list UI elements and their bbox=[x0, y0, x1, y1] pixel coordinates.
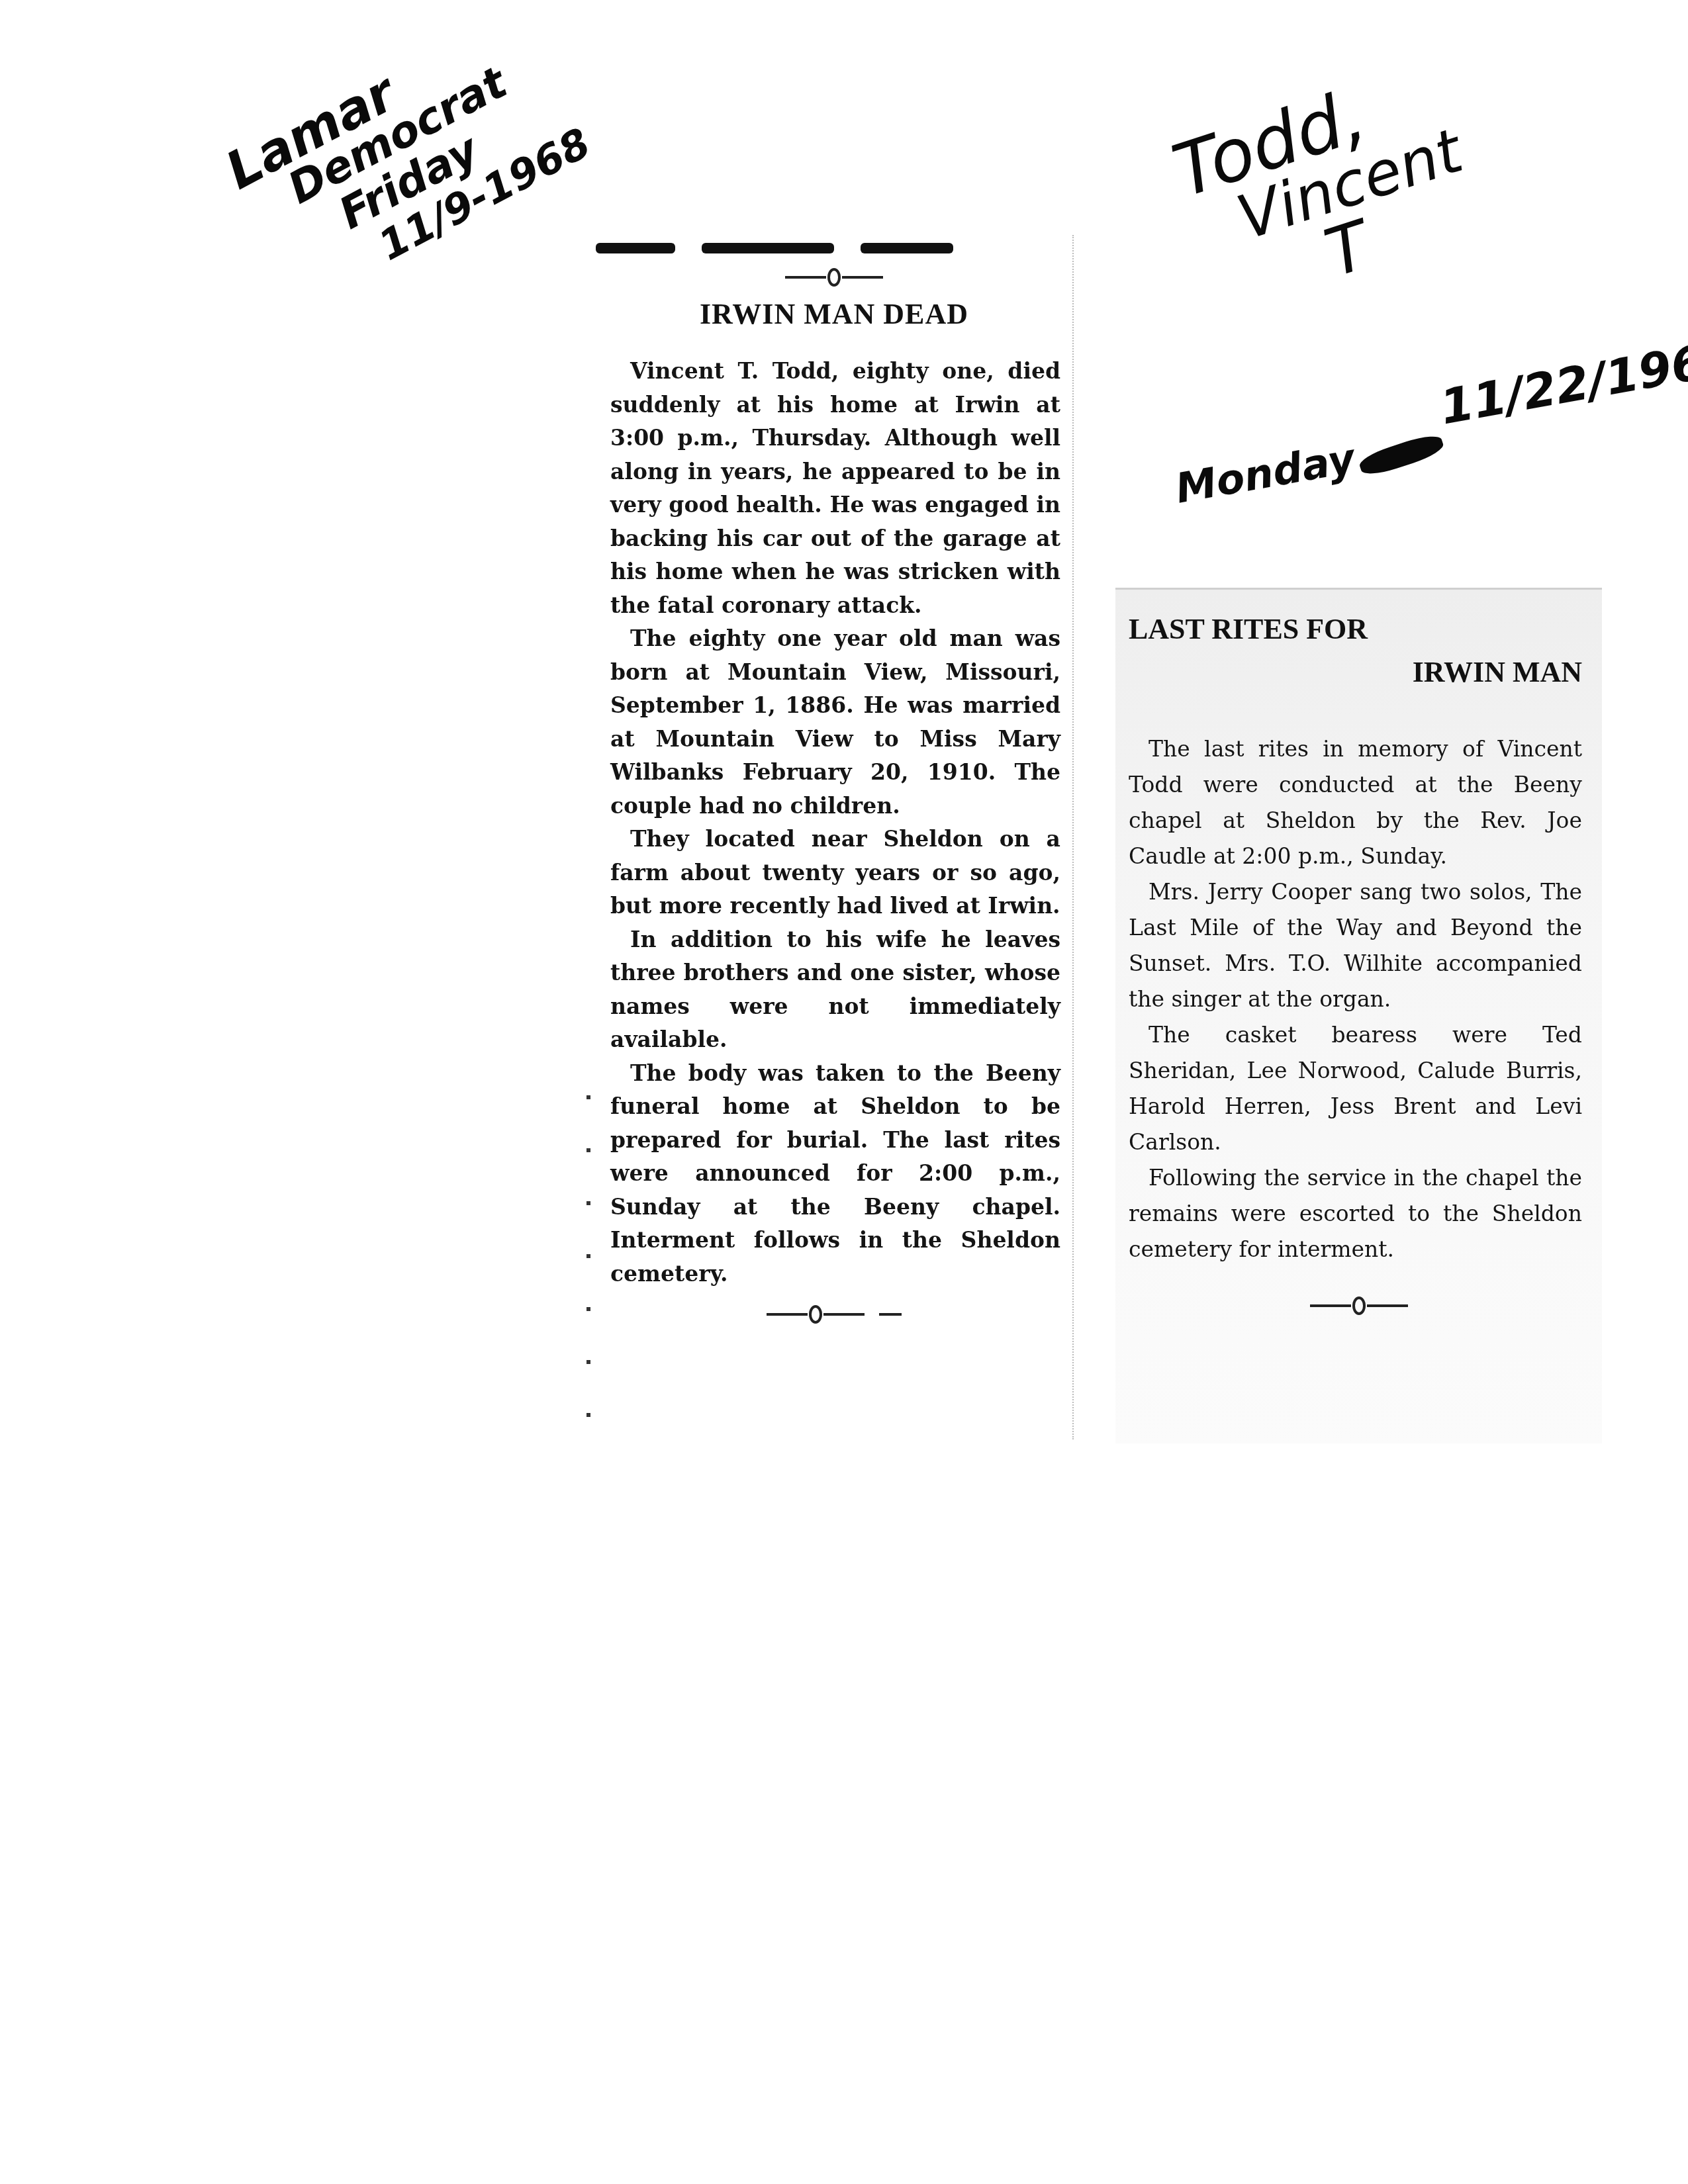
last-rites-headline-line1: LAST RITES FOR bbox=[1129, 612, 1602, 646]
last-rites-paragraph: Mrs. Jerry Cooper sang two solos, The La… bbox=[1129, 874, 1582, 1017]
last-rites-headline-line2: IRWIN MAN bbox=[1115, 655, 1582, 689]
last-rites-paragraph: The casket bearess were Ted Sheridan, Le… bbox=[1129, 1017, 1582, 1160]
handwritten-second-date-note: Monday11/22/1968 bbox=[1172, 363, 1688, 510]
clipping-obituary: IRWIN MAN DEAD Vincent T. Todd, eighty o… bbox=[596, 235, 1074, 1439]
masthead-fragment bbox=[702, 243, 834, 253]
handwritten-second-weekday: Monday bbox=[1172, 434, 1359, 513]
obituary-paragraph: They located near Sheldon on a farm abou… bbox=[610, 823, 1060, 923]
obituary-headline: IRWIN MAN DEAD bbox=[596, 297, 1072, 331]
obituary-paragraph: The eighty one year old man was born at … bbox=[610, 622, 1060, 823]
ornament-divider-end bbox=[1115, 1297, 1602, 1315]
obituary-paragraph: The body was taken to the Beeny funeral … bbox=[610, 1057, 1060, 1291]
masthead-fragment bbox=[596, 243, 675, 253]
clipping-last-rites: LAST RITES FOR IRWIN MAN The last rites … bbox=[1115, 588, 1602, 1443]
obituary-body: Vincent T. Todd, eighty one, died sudden… bbox=[596, 355, 1072, 1291]
obituary-paragraph: In addition to his wife he leaves three … bbox=[610, 923, 1060, 1057]
cut-masthead-remnant bbox=[596, 243, 1072, 257]
ornament-divider bbox=[596, 268, 1072, 287]
ornament-divider-end bbox=[596, 1305, 1072, 1324]
obituary-paragraph: Vincent T. Todd, eighty one, died sudden… bbox=[610, 355, 1060, 622]
last-rites-paragraph: Following the service in the chapel the … bbox=[1129, 1160, 1582, 1267]
handwritten-source-note: Lamar Democrat Friday 11/9-1968 bbox=[218, 0, 596, 314]
last-rites-body: The last rites in memory of Vincent Todd… bbox=[1115, 731, 1602, 1267]
masthead-fragment bbox=[861, 243, 953, 253]
handwritten-second-date: 11/22/1968 bbox=[1436, 328, 1688, 435]
last-rites-paragraph: The last rites in memory of Vincent Todd… bbox=[1129, 731, 1582, 874]
cut-edge-marks bbox=[586, 1095, 590, 1439]
handwritten-name-note: Todd, Vincent T bbox=[1165, 54, 1489, 324]
scribbled-out-mark bbox=[1357, 431, 1446, 479]
